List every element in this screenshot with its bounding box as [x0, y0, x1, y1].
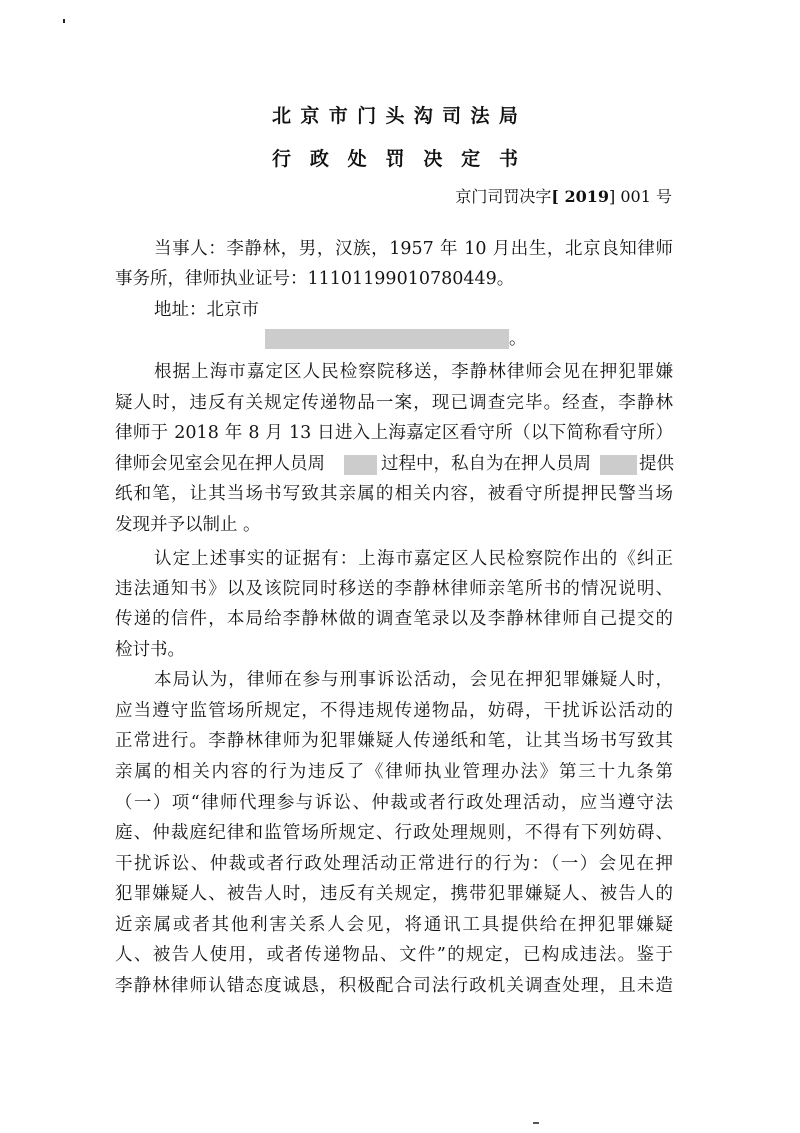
address-label: 地址：北京市 [154, 300, 259, 320]
doc-type-char: 政 [310, 147, 329, 171]
facts-line-6: 发现并予以制止 。 [115, 513, 673, 537]
facts-line-3: 律师于 2018 年 8 月 13 日进入上海嘉定区看守所（以下简称看守所） [115, 421, 673, 445]
detainee-name-redaction-1 [344, 455, 377, 475]
agency-char: 局 [499, 104, 518, 128]
address-line: 地址：北京市 [154, 298, 673, 322]
doc-type-char: 书 [499, 147, 518, 171]
doc-type-char: 定 [461, 147, 480, 171]
evidence-line-1: 认定上述事实的证据有：上海市嘉定区人民检察院作出的《纠正 [154, 547, 673, 571]
party-line-2: 事务所，律师执业证号：11101199010780449。 [115, 267, 673, 291]
doc-type-char: 罚 [385, 147, 404, 171]
doc-number-year: 2019 [565, 187, 610, 206]
doc-type-char: 行 [272, 147, 291, 171]
agency-char: 北 [272, 104, 291, 128]
agency-char: 司 [442, 104, 461, 128]
agency-title: 北 京 市 门 头 沟 司 法 局 [272, 104, 518, 128]
party-line-1: 当事人：李静林，男，汉族，1957 年 10 月出生，北京良知律师 [154, 237, 673, 261]
doc-type-char: 决 [423, 147, 442, 171]
facts-line-1: 根据上海市嘉定区人民检察院移送，李静林律师会见在押犯罪嫌 [154, 360, 673, 384]
opinion-line-6: 庭、仲裁庭纪律和监管场所规定、行政处理规则，不得有下列妨碍、 [115, 821, 673, 845]
opinion-line-5: （一）项“律师代理参与诉讼、仲裁或者行政处理活动，应当遵守法 [115, 791, 673, 815]
opinion-line-7: 干扰诉讼、仲裁或者行政处理活动正常进行的行为：（一）会见在押 [115, 852, 673, 876]
doc-number-bracket-close: ] [609, 187, 620, 206]
facts-line-4-part-c: 提供 [639, 452, 679, 476]
agency-char: 沟 [414, 104, 433, 128]
address-redaction [265, 329, 509, 349]
facts-line-4-part-a: 律师会见室会见在押人员周 [115, 454, 325, 474]
agency-char: 京 [300, 104, 319, 128]
facts-line-2: 疑人时，违反有关规定传递物品一案，现已调查完毕。经查，李静林 [115, 391, 673, 415]
detainee-name-redaction-2 [600, 455, 637, 475]
opinion-line-11: 李静林律师认错态度诚恳，积极配合司法行政机关调查处理，且未造 [115, 974, 673, 998]
scan-speck-mark [63, 19, 65, 23]
document-type-title: 行 政 处 罚 决 定 书 [272, 147, 518, 171]
agency-char: 市 [329, 104, 348, 128]
opinion-line-3: 正常进行。李静林律师为犯罪嫌疑人传递纸和笔，让其当场书写致其 [115, 729, 673, 753]
opinion-line-8: 犯罪嫌疑人、被告人时，违反有关规定，携带犯罪嫌疑人、被告人的 [115, 882, 673, 906]
doc-number-sequence: 001 [620, 187, 656, 206]
scan-speck-mark [533, 1122, 539, 1124]
doc-number-bracket-open: [ [551, 187, 564, 206]
agency-char: 法 [471, 104, 490, 128]
opinion-line-10: 人、被告人使用，或者传递物品、文件”的规定，已构成违法。鉴于 [115, 943, 673, 967]
facts-line-5: 纸和笔，让其当场书写致其亲属的相关内容，被看守所提押民警当场 [115, 482, 673, 506]
opinion-line-2: 应当遵守监管场所规定，不得违规传递物品，妨碍，干扰诉讼活动的 [115, 699, 673, 723]
opinion-line-1: 本局认为，律师在参与刑事诉讼活动，会见在押犯罪嫌疑人时， [154, 668, 673, 692]
opinion-line-9: 近亲属或者其他利害关系人会见，将通讯工具提供给在押犯罪嫌疑 [115, 913, 673, 937]
agency-char: 门 [357, 104, 376, 128]
evidence-line-2: 违法通知书》以及该院同时移送的李静林律师亲笔所书的情况说明、 [115, 577, 673, 601]
doc-number-prefix: 京门司罚决字 [455, 187, 551, 206]
opinion-line-4: 亲属的相关内容的行为违反了《律师执业管理办法》第三十九条第 [115, 760, 673, 784]
facts-line-4-part-b: 过程中，私自为在押人员周 [381, 452, 599, 476]
evidence-line-4: 检讨书。 [115, 638, 673, 662]
document-number: 京门司罚决字[ 2019] 001 号 [455, 186, 672, 208]
doc-type-char: 处 [348, 147, 367, 171]
address-end: 。 [509, 327, 529, 351]
evidence-line-3: 传递的信件，本局给李静林做的调查笔录以及李静林律师自己提交的 [115, 607, 673, 631]
doc-number-suffix: 号 [656, 187, 672, 206]
document-page: 北 京 市 门 头 沟 司 法 局 行 政 处 罚 决 定 书 京门司罚决字[ … [0, 0, 800, 1133]
agency-char: 头 [385, 104, 404, 128]
